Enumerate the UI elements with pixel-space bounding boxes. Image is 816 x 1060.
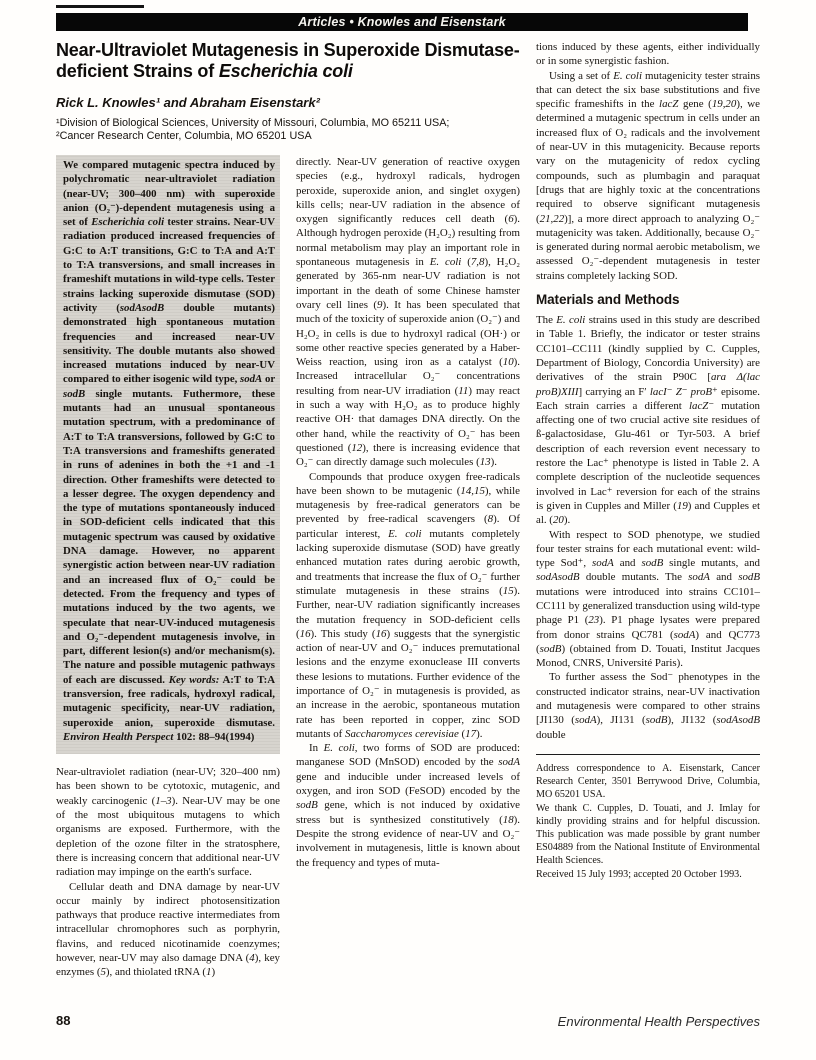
authors-line: Rick L. Knowles¹ and Abraham Eisenstark² [56, 95, 520, 110]
intro-paragraph-2: Cellular death and DNA damage by near-UV… [56, 880, 280, 980]
body-paragraph-8: To further assess the Sod⁻ phenotypes in… [536, 670, 760, 741]
affiliations: ¹Division of Biological Sciences, Univer… [56, 117, 520, 143]
footnote-received: Received 15 July 1993; accepted 20 Octob… [536, 868, 760, 881]
footnote-acknowledgments: We thank C. Cupples, D. Touati, and J. I… [536, 802, 760, 868]
column-middle: directly. Near-UV generation of reactive… [296, 155, 520, 980]
intro-paragraph-1: Near-ultraviolet radiation (near-UV; 320… [56, 765, 280, 879]
affiliation-2: ²Cancer Research Center, Columbia, MO 65… [56, 130, 520, 143]
column-left: We compared mutagenic spectra induced by… [56, 155, 280, 980]
journal-name: Environmental Health Perspectives [558, 1014, 760, 1029]
body-paragraph-2: Compounds that produce oxygen free-radic… [296, 470, 520, 742]
body-paragraph-4: tions induced by these agents, either in… [536, 40, 760, 69]
left-section: Near-Ultraviolet Mutagenesis in Superoxi… [56, 40, 520, 980]
header-bar-text: Articles • Knowles and Eisenstark [56, 13, 748, 31]
scan-artifact [56, 5, 144, 8]
footnote-block: Address correspondence to A. Eisenstark,… [536, 762, 760, 881]
page-content: Near-Ultraviolet Mutagenesis in Superoxi… [56, 40, 760, 980]
header-bar: Articles • Knowles and Eisenstark [56, 13, 748, 31]
footnote-correspondence: Address correspondence to A. Eisenstark,… [536, 762, 760, 802]
body-paragraph-3: In E. coli, two forms of SOD are produce… [296, 741, 520, 870]
article-title: Near-Ultraviolet Mutagenesis in Superoxi… [56, 40, 520, 82]
body-paragraph-7: With respect to SOD phenotype, we studie… [536, 528, 760, 671]
abstract: We compared mutagenic spectra induced by… [56, 155, 280, 754]
column-right: tions induced by these agents, either in… [536, 40, 760, 980]
footnote-rule [536, 754, 760, 755]
affiliation-1: ¹Division of Biological Sciences, Univer… [56, 117, 520, 130]
page-number: 88 [56, 1013, 70, 1028]
body-paragraph-6: The E. coli strains used in this study a… [536, 313, 760, 527]
body-paragraph-5: Using a set of E. coli mutagenicity test… [536, 69, 760, 283]
body-paragraph-1: directly. Near-UV generation of reactive… [296, 155, 520, 470]
section-heading-materials-and-methods: Materials and Methods [536, 292, 760, 308]
journal-page: Articles • Knowles and Eisenstark Near-U… [0, 0, 816, 1060]
